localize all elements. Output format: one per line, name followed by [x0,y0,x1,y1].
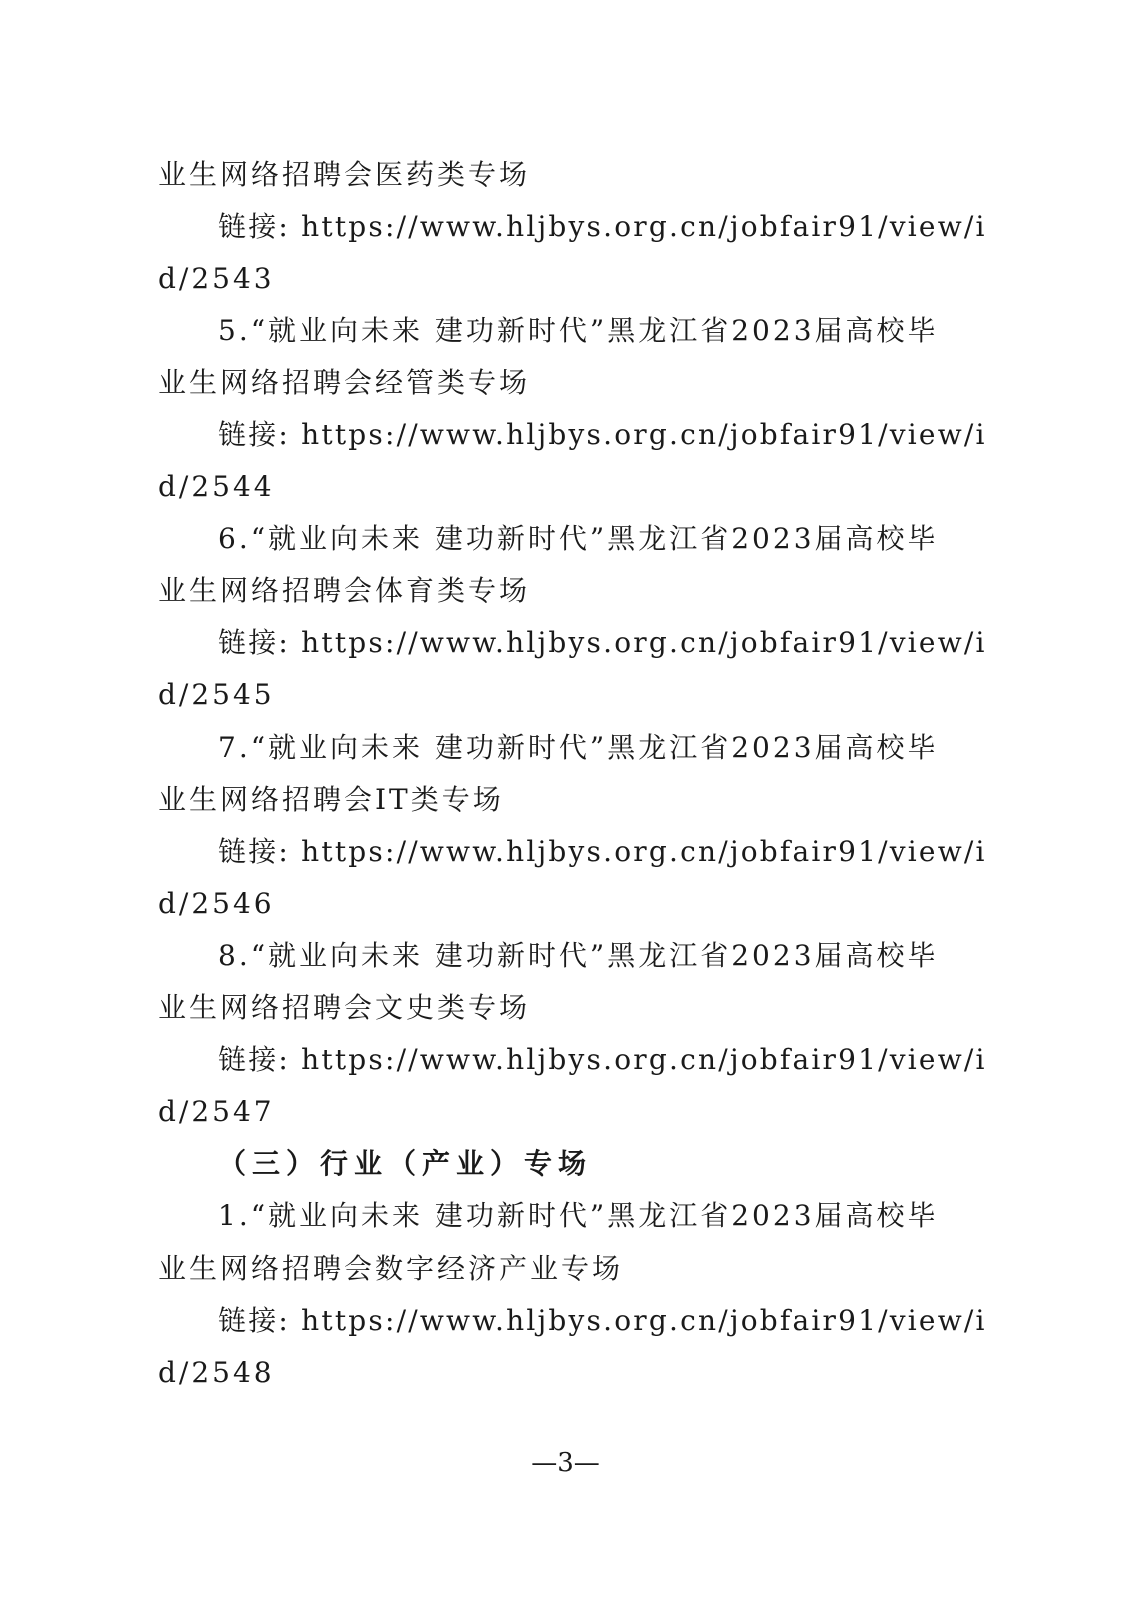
link-line: d/2548 [158,1353,275,1393]
text-line: 业生网络招聘会数字经济产业专场 [158,1249,623,1289]
link-line: 链接: https://www.hljbys.org.cn/jobfair91/… [218,623,987,663]
link-line: d/2543 [158,259,275,299]
link-line: d/2546 [158,884,275,924]
link-line: 链接: https://www.hljbys.org.cn/jobfair91/… [218,1040,987,1080]
page-number: —3— [0,1448,1131,1478]
item-title-line: 8.“就业向未来 建功新时代”黑龙江省2023届高校毕 [218,936,939,976]
text-line: 业生网络招聘会文史类专场 [158,988,530,1028]
link-line: d/2545 [158,675,275,715]
item-title-line: 6.“就业向未来 建功新时代”黑龙江省2023届高校毕 [218,519,939,559]
item-title-line: 7.“就业向未来 建功新时代”黑龙江省2023届高校毕 [218,728,939,768]
section-heading: （三）行业（产业）专场 [218,1144,592,1184]
link-line: 链接: https://www.hljbys.org.cn/jobfair91/… [218,1301,987,1341]
link-line: 链接: https://www.hljbys.org.cn/jobfair91/… [218,207,987,247]
text-line: 业生网络招聘会体育类专场 [158,571,530,611]
text-line: 业生网络招聘会IT类专场 [158,780,504,820]
link-line: d/2547 [158,1092,275,1132]
link-line: 链接: https://www.hljbys.org.cn/jobfair91/… [218,415,987,455]
item-title-line: 5.“就业向未来 建功新时代”黑龙江省2023届高校毕 [218,311,939,351]
text-line: 业生网络招聘会医药类专场 [158,155,530,195]
link-line: 链接: https://www.hljbys.org.cn/jobfair91/… [218,832,987,872]
text-line: 业生网络招聘会经管类专场 [158,363,530,403]
item-title-line: 1.“就业向未来 建功新时代”黑龙江省2023届高校毕 [218,1196,939,1236]
link-line: d/2544 [158,467,275,507]
